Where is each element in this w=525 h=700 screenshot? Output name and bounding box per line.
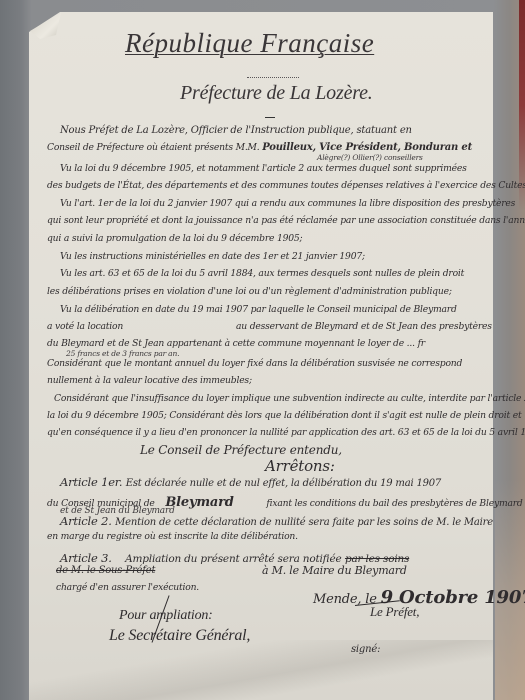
frame-edge-red [519, 0, 525, 210]
vu-4-a: Vu les art. 63 et 65 de la loi du 5 avri… [60, 269, 464, 278]
preamble-line-1: Nous Préfet de La Lozère, Officier de l'… [60, 126, 412, 136]
decree-heading: Arrêtons: [265, 457, 335, 475]
paper-crease [29, 640, 493, 700]
article-3-line-1: Article 3. Ampliation du présent arrêté … [60, 551, 409, 565]
considerant-2-a: Considérant que l'insuffisance du loyer … [54, 394, 525, 403]
article-3-recipient: à M. le Maire du Bleymard [262, 565, 407, 576]
signed-label: signé: [351, 645, 380, 655]
article-1-label: Article 1er. [60, 475, 122, 489]
vu-1-b: des budgets de l'État, des départements … [47, 181, 525, 190]
vu-4-b: les délibérations prises en violation d'… [47, 287, 452, 296]
vu-5-a: Vu la délibération en date du 19 mai 190… [60, 305, 457, 314]
council-heard: Le Conseil de Préfecture entendu, [140, 444, 342, 456]
place-prefix: Mende, le [313, 592, 377, 607]
vu-5-c-interlinear: 25 francs et de 3 francs par an. [66, 349, 179, 358]
article-3-struck-line: de M. le Sous-Préfet [56, 566, 155, 576]
separator-dash [265, 117, 275, 118]
council-members-interlinear: Alègre(?) Ollier(?) conseillers [317, 153, 423, 162]
article-2-label: Article 2. [60, 514, 112, 528]
secretary-general: Le Secrétaire Général, [109, 627, 250, 645]
vu-1-a: Vu la loi du 9 décembre 1905, et notamme… [60, 164, 467, 173]
vu-5-c: du Bleymard et de St Jean appartenant à … [47, 339, 425, 348]
preamble-line-2: Conseil de Préfecture où étaient présent… [47, 143, 472, 153]
considerant-2-b: la loi du 9 décembre 1905; Considérant d… [47, 411, 521, 420]
considerant-1-b: nullement à la valeur locative des immeu… [47, 376, 252, 385]
council-members: Pouilleux, Vice Président, Bonduran et [262, 142, 472, 153]
document-subtitle: Préfecture de La Lozère. [180, 82, 373, 105]
article-2-line-2: en marge du registre où est inscrite la … [47, 532, 298, 541]
preamble-line-2-prefix: Conseil de Préfecture où étaient présent… [47, 142, 259, 153]
vu-3: Vu les instructions ministérielles en da… [60, 252, 365, 261]
vu-5-b-right: au desservant de Bleymard et de St Jean … [236, 322, 492, 331]
vu-5-b-left: a voté la location [47, 322, 123, 331]
ampliation-label: Pour ampliation: [119, 608, 213, 624]
prefect-signatory: Le Préfet, [370, 604, 419, 620]
article-2-line-1: Article 2. Mention de cette déclaration … [60, 514, 493, 528]
considerant-1-a: Considérant que le montant annuel du loy… [47, 359, 462, 368]
article-1-text: Est déclarée nulle et de nul effet, la d… [126, 478, 441, 489]
article-3-label: Article 3. [60, 551, 112, 565]
vu-2-c: qui a suivi la promulgation de la loi du… [47, 234, 302, 243]
article-1-suffix: fixant les conditions du bail des presby… [266, 498, 522, 509]
document-title: République Française [125, 28, 374, 59]
article-1-line-1: Article 1er. Est déclarée nulle et de nu… [60, 475, 441, 489]
vu-2-b: qui sont leur propriété et dont la jouis… [47, 216, 525, 225]
article-2-text: Mention de cette déclaration de nullité … [115, 517, 493, 528]
vu-2-a: Vu l'art. 1er de la loi du 2 janvier 190… [60, 199, 515, 208]
considerant-2-c: qu'en conséquence il y a lieu d'en prono… [47, 428, 525, 437]
commune-name: Bleymard [165, 495, 233, 510]
article-3-line-3: chargé d'en assurer l'exécution. [56, 583, 199, 592]
